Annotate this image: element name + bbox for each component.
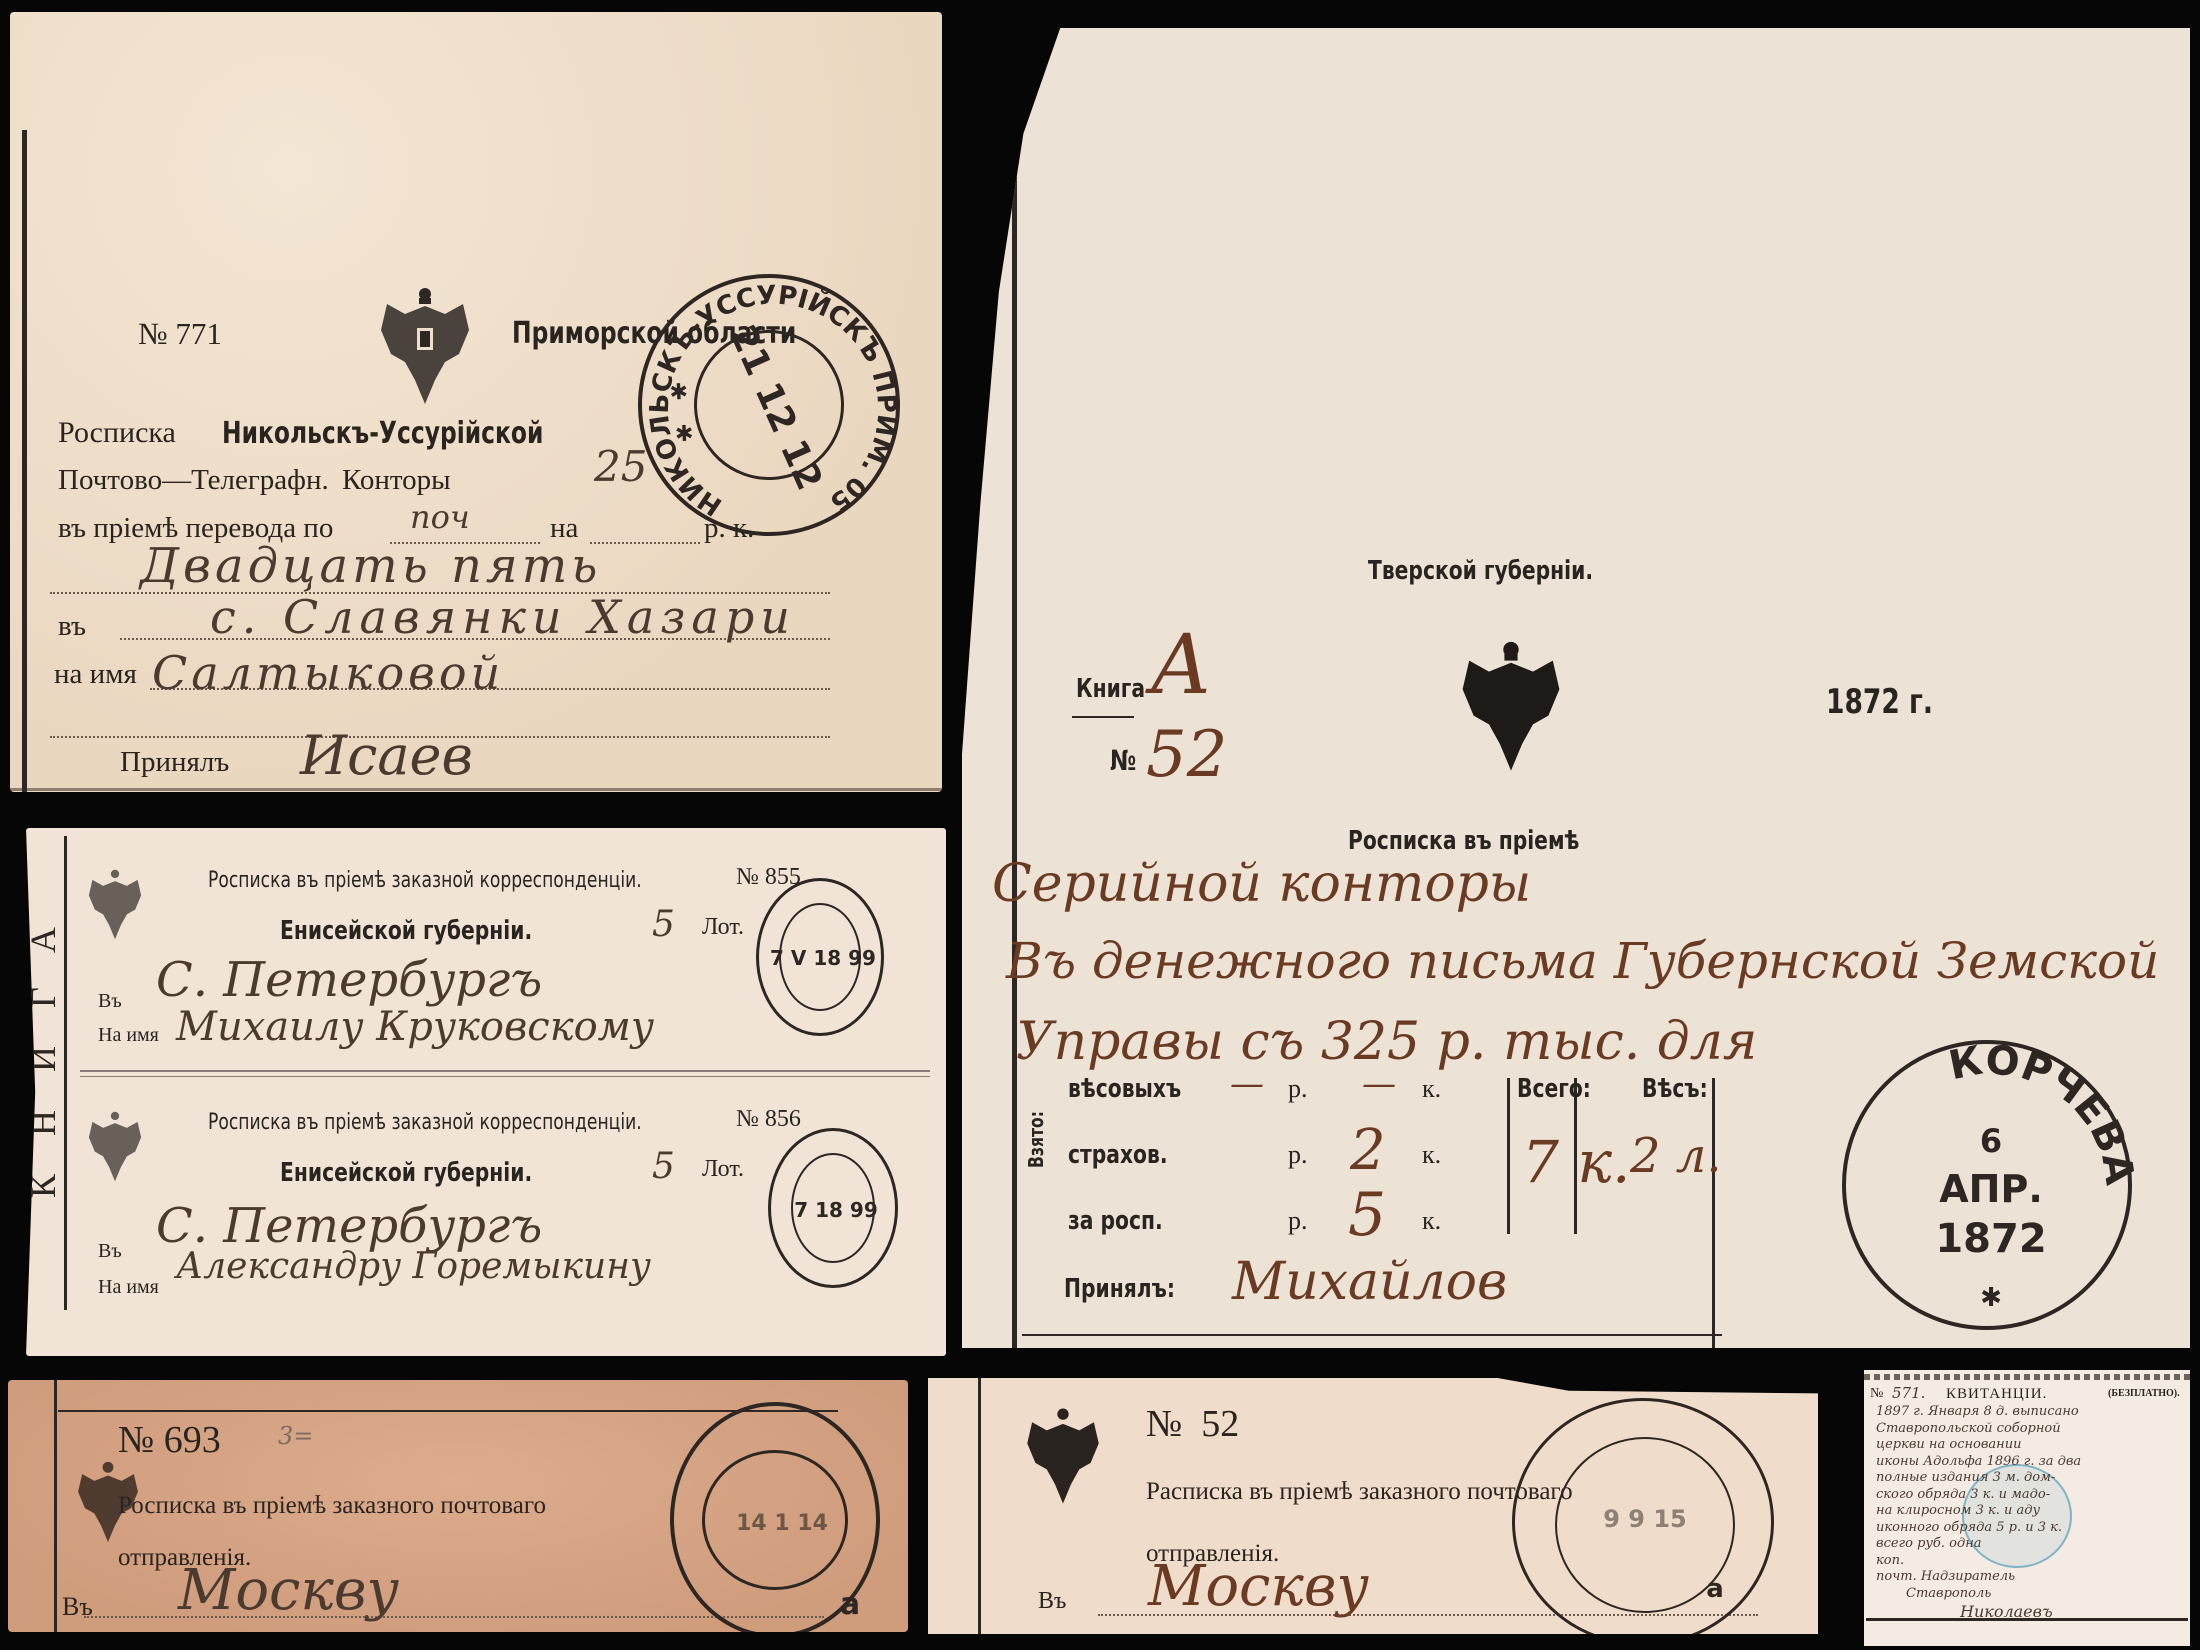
receipt-number: № 856 [736,1106,801,1133]
handwritten-line: на клиросном 3 к. и аду [1876,1503,2186,1520]
destination-label: въ [58,610,86,643]
border-line [54,1380,57,1632]
number-value: 52 [1146,718,1227,792]
destination-label: Въ [98,990,122,1013]
form-title-line1: Расписка въ пріемѣ заказного почтоваго [1146,1478,1573,1506]
year-label: 1872 г. [1826,682,1933,722]
receipt-tver: Тверской губерніи. Книга А № 52 1872 г. … [962,28,2190,1348]
kopeks-unit: к. [1422,1206,1441,1236]
postmark-kibergino: 14 1 14 а [670,1402,880,1632]
svg-text:✱: ✱ [675,422,694,448]
receipt-number: № 52 [1146,1402,1239,1446]
handwritten-line: Въ денежного письма Губернской Земской [1006,932,2159,990]
form-title: Росписка въ пріемѣ заказной корреспонден… [208,1110,642,1135]
postmark-date: 21 12 12 [721,319,830,496]
addressee-value: Михаилу Круковскому [176,1004,654,1050]
fee-rubles: 2 [1350,1118,1386,1183]
weight-value: 2 л. [1630,1128,1722,1184]
handwritten-line: Серийной конторы [992,854,1531,914]
destination-label: Въ [1038,1588,1066,1615]
postmark-day: 6 [1980,1122,2002,1160]
handwritten-line: почт. Надзиратель [1876,1569,2186,1586]
handwritten-name: Салтыковой [152,646,504,700]
receipt-kibergino: № 693 3= Росписка въ пріемѣ заказного по… [8,1380,908,1632]
rubles-unit: р. [1288,1206,1308,1236]
handwritten-line: полные издания 3 м. дом- [1876,1470,2186,1487]
form-label: Росписка [58,416,176,449]
svg-text:✱: ✱ [669,380,688,406]
number-label: № [1870,1386,1883,1402]
region-heading: Енисейской губерніи. [280,1158,532,1188]
handwritten-line: всего руб. одна [1876,1536,2186,1553]
form-title: Росписка въ пріемѣ [1348,826,1579,856]
fee-rubles: 5 [1348,1180,1386,1250]
number-label: № [1110,744,1136,777]
accepted-label: Принялъ [120,746,229,779]
side-text: КНИГА [26,889,64,1198]
handwritten-number: 25 [594,442,647,491]
total-value: 7 к. [1522,1128,1630,1196]
total-label: Всего: [1517,1074,1591,1104]
handwritten-line: ского обряда 3 к. и мадо- [1876,1487,2186,1504]
office-name: Никольскъ-Уссурійской [222,416,543,451]
handwritten-line: иконного обряда 5 р. и 3 к. [1876,1520,2186,1537]
postmark-date: 7 18 99 [794,1198,878,1222]
addressee-label: на имя [54,658,137,691]
receipt-yenisei: КНИГА Росписка въ пріемѣ заказной коррес… [26,828,946,1356]
receipt-number: № 771 [138,316,222,352]
handwritten-note: 3= [278,1422,313,1450]
handwritten-line: церкви на основании [1876,1437,2186,1454]
imperial-eagle-icon [1456,634,1566,784]
postmark-letter: а [1706,1574,1724,1604]
region-heading: Енисейской губерніи. [280,916,532,946]
postmark-kosinostrovskaya: 9 9 15 а [1512,1398,1774,1634]
weight-unit: Лот. [702,1156,744,1183]
number-value: 571. [1892,1384,1925,1402]
handwritten-type: поч [410,498,470,536]
handwritten-line: иконы Адольфа 1896 г. за два [1876,1454,2186,1471]
postmark-letter: а [840,1587,860,1622]
imperial-eagle-icon [375,284,475,412]
handwritten-line: коп. [1876,1553,2186,1570]
bottom-rule [1866,1618,2188,1621]
fee-rubles: — [1230,1064,1264,1104]
fee-label: страхов. [1068,1140,1168,1170]
border-line [1012,128,1017,1348]
postmark-year: 1872 [1935,1216,2046,1262]
imperial-eagle-icon [1022,1406,1104,1510]
postmark-minusinsk: 7 V 18 99 [756,878,884,1036]
receipt-kvitantsii: № 571. КВИТАНЦІИ. (БЕЗПЛАТНО). 1897 г. Я… [1864,1370,2190,1646]
form-title-line1: Росписка въ пріемѣ заказного почтоваго [118,1492,546,1520]
taken-label: Взято: [1024,1111,1048,1168]
rubles-unit: р. [1288,1074,1308,1104]
weight-value: 5 [652,904,675,945]
underline [1072,716,1134,718]
fee-label: вѣсовыхъ [1068,1074,1181,1104]
divider [80,1070,930,1072]
handwritten-amount: Двадцать пять [140,538,601,594]
addressee-label: На имя [98,1024,159,1047]
postmark-month: АПР. [1939,1167,2043,1211]
divider [1507,1078,1510,1234]
form-title: Росписка въ пріемѣ заказной корреспонден… [208,868,642,893]
destination-value: Москву [178,1558,399,1623]
handwritten-line: Управы съ 325 р. тыс. для [1016,1012,1757,1072]
postmark-date: 9 9 15 [1603,1505,1687,1533]
postmark-nikolsk: НИКОЛЬСКЪ-УССУРІЙСКЪ ПРИМ. 05 21 12 12 ✱… [634,270,905,541]
imperial-eagle-icon [82,1110,148,1186]
region-heading: Тверской губерніи. [1368,556,1593,586]
accepted-label: Принялъ: [1064,1274,1175,1304]
addressee-value: Александру Горемыкину [176,1246,651,1287]
divider [80,1076,930,1077]
imperial-eagle-icon [82,868,148,944]
handwritten-place: с. Славянки Хазари [210,590,796,644]
kopeks-unit: к. [1422,1074,1441,1104]
fee-label: за росп. [1068,1206,1163,1236]
weight-label: Вѣсъ: [1642,1074,1708,1104]
border-line [22,130,27,792]
border-line [64,836,67,1310]
divider [1712,1078,1715,1348]
weight-unit: Лот. [702,914,744,941]
office-type: Почтово—Телеграфн. Конторы [58,464,451,497]
form-title: КВИТАНЦІИ. [1946,1386,2047,1403]
destination-value: С. Петербургъ [156,952,542,1008]
postmark-korcheva: КОРЧЕВА 6 АПР. 1872 ✱ [1842,1040,2132,1330]
border-line [978,1378,981,1634]
postmark-minusinsk: 7 18 99 [768,1128,898,1288]
handwritten-signature: Исаев [300,724,473,787]
fee-kopeks: — [1362,1064,1396,1104]
receipt-number: № 693 [118,1418,221,1462]
destination-value: Москву [1148,1554,1369,1619]
bottom-rule [1022,1334,1722,1336]
free-of-charge-tag: (БЕЗПЛАТНО). [2108,1388,2180,1399]
kopeks-unit: к. [1422,1140,1441,1170]
weight-value: 5 [652,1146,675,1187]
receipt-nikolsk-ussuriysk: № 771 Приморской области Росписка Николь… [10,12,942,792]
border-line [10,788,942,791]
ornament-border [1864,1374,2190,1380]
handwritten-signature: Михайлов [1232,1252,1507,1312]
postmark-date: 7 V 18 99 [770,946,876,970]
svg-text:✱: ✱ [1980,1283,2002,1313]
handwritten-line: Ставропольской соборной [1876,1421,2186,1438]
book-value: А [1150,618,1212,713]
handwritten-line: 1897 г. Января 8 д. выписано [1876,1404,2186,1421]
destination-label: Въ [98,1240,122,1263]
addressee-label: На имя [98,1276,159,1299]
receipt-kosinostrovskaya: № 52 Расписка въ пріемѣ заказного почтов… [928,1378,1818,1634]
postmark-date: 14 1 14 [736,1511,828,1536]
book-label: Книга [1076,674,1145,704]
rubles-unit: р. [1288,1140,1308,1170]
handwritten-line: Ставрополь [1876,1586,2186,1603]
